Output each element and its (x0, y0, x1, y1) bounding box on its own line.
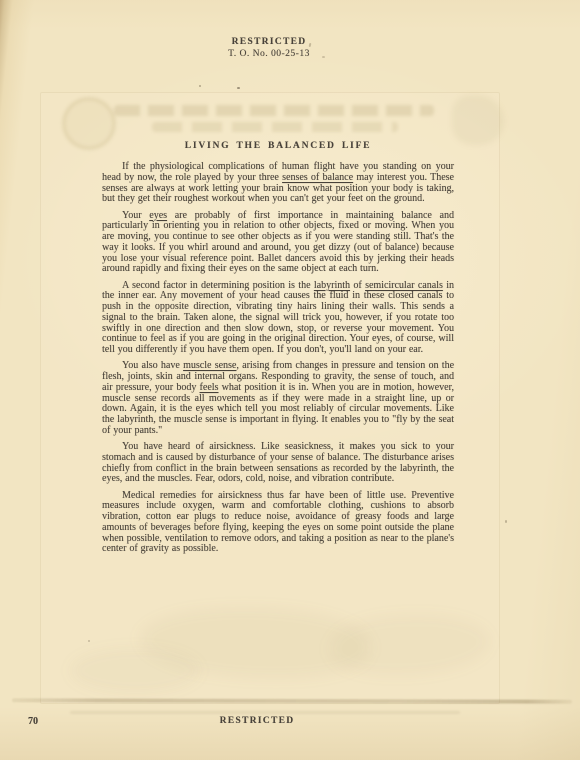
paragraph-text: You have heard of airsickness. Like seas… (102, 441, 454, 484)
underlined-term: eyes (149, 210, 167, 221)
paragraph-text: of (350, 280, 365, 291)
paragraph-text: A second factor in determining position … (122, 280, 314, 291)
header-technical-order-number: T. O. No. 00-25-13 (0, 49, 538, 60)
scan-speck (199, 85, 201, 87)
underlined-term: feels (200, 382, 219, 393)
header-classification: RESTRICTED (0, 37, 538, 48)
paragraph-text: are probably of first importance in main… (102, 210, 454, 275)
paragraph-text: Your (122, 210, 149, 221)
paragraph: If the physiological complications of hu… (102, 162, 454, 205)
page-title: LIVING THE BALANCED LIFE (102, 141, 454, 151)
paragraph: A second factor in determining position … (102, 281, 454, 356)
document-header: RESTRICTED T. O. No. 00-25-13 (0, 37, 538, 60)
paragraph-text: in the inner ear. Any movement of your h… (102, 280, 454, 356)
paragraph: Medical remedies for airsickness thus fa… (102, 491, 454, 556)
scan-speck (237, 87, 240, 89)
footer-classification: RESTRICTED (0, 716, 514, 726)
underlined-term: senses of balance (282, 172, 353, 183)
paragraph-text: Medical remedies for airsickness thus fa… (102, 490, 454, 555)
paragraph: You have heard of airsickness. Like seas… (102, 442, 454, 485)
document-body: If the physiological complications of hu… (102, 162, 454, 561)
scanned-document-page: RESTRICTED T. O. No. 00-25-13 LIVING THE… (0, 0, 580, 760)
document-footer: 70 RESTRICTED (0, 716, 580, 732)
underlined-term: labyrinth (314, 280, 350, 291)
fold-line (70, 711, 460, 714)
paragraph: Your eyes are probably of first importan… (102, 211, 454, 276)
scan-speck (88, 640, 90, 642)
bleedthrough-text-line (114, 105, 434, 116)
scan-speck (505, 520, 507, 523)
underlined-term: muscle sense (183, 360, 236, 371)
bleedthrough-text-line (152, 122, 398, 132)
paragraph-text: You also have (122, 360, 183, 371)
bleedthrough-smudge (70, 648, 200, 693)
paragraph: You also have muscle sense, arising from… (102, 361, 454, 436)
bleedthrough-smudge (452, 95, 504, 145)
underlined-term: semicircular canals (365, 280, 443, 291)
